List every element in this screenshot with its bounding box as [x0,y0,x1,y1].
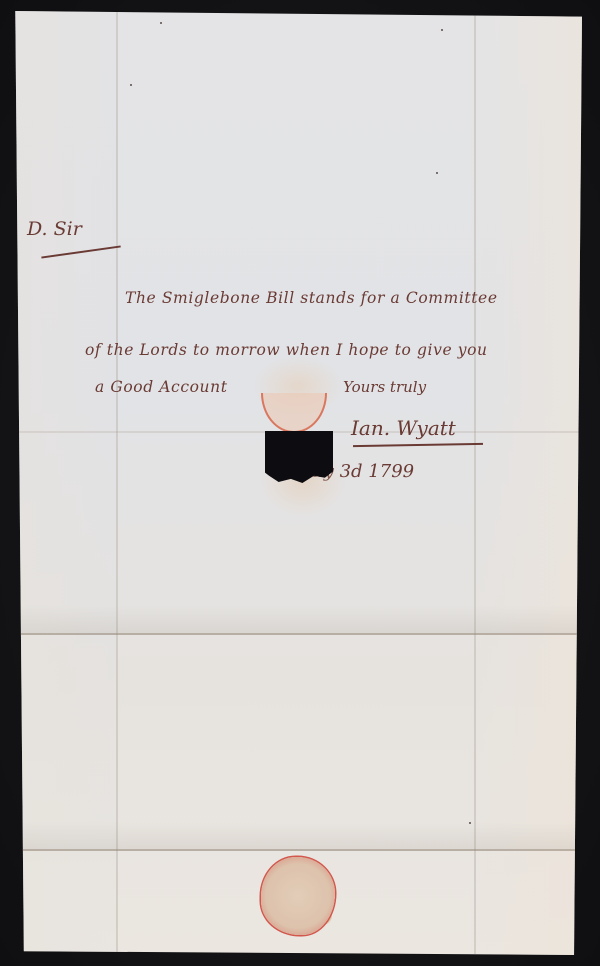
fold-shadow [13,821,582,851]
wax-seal [261,857,335,935]
right-fold-line [474,11,476,955]
paper-speck [130,84,132,86]
left-fold-line [116,11,118,955]
fold-shadow [13,605,582,635]
black-patch [265,431,333,483]
body-line-1: The Smiglebone Bill stands for a Committ… [125,289,498,307]
salutation: D. Sir [27,218,82,240]
paper-speck [469,822,471,824]
closing: Yours truly [343,378,426,396]
paper-speck [441,29,443,31]
body-line-3: a Good Account [95,378,228,396]
paper-speck [436,172,438,174]
left-fold-panel [13,11,117,955]
signature-underline [353,443,483,447]
signature: Ian. Wyatt [351,416,456,440]
right-fold-panel [470,11,582,955]
middle-fold-line [13,633,582,635]
letter-paper: D. Sir The Smiglebone Bill stands for a … [13,11,582,955]
torn-wax-seal [261,393,327,433]
bottom-fold-line [13,849,582,851]
paper-speck [160,22,162,24]
